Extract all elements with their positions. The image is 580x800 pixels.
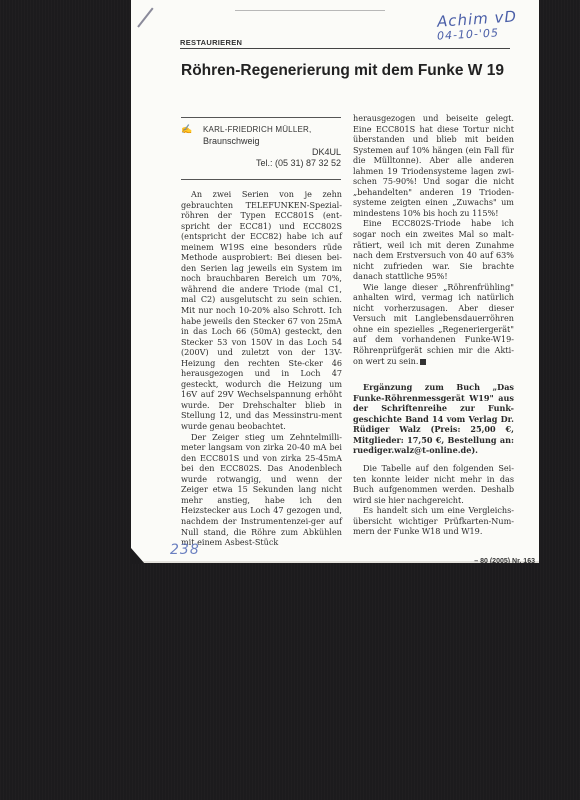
paragraph: Eine ECC802S-Triode habe ich sogar noch … [353,218,514,281]
paragraph: An zwei Serien von je zehn gebrauchten T… [181,189,342,432]
handwritten-page-number: 238 [170,542,200,558]
author-name: KARL-FRIEDRICH MÜLLER, [203,125,311,134]
paragraph: Der Zeiger stieg um Zehntelmilli-meter l… [181,432,342,548]
paragraph: Wie lange dieser „Röhrenfrühling" anhalt… [353,282,514,366]
paragraph: Es handelt sich um eine Vergleichs-übers… [353,505,514,537]
article-column-left: An zwei Serien von je zehn gebrauchten T… [181,189,342,548]
pen-writing-icon: ✍ [181,124,192,135]
section-label: RESTAURIEREN [180,38,242,47]
end-of-article-mark [420,359,426,365]
article-title: Röhren-Regenerierung mit dem Funke W 19 [181,62,504,80]
author-box: ✍ KARL-FRIEDRICH MÜLLER, Braunschweig DK… [181,117,341,180]
table-note: Die Tabelle auf den folgenden Sei-ten ko… [353,463,514,537]
book-supplement-note: Ergänzung zum Buch „Das Funke-Röhrenmess… [353,382,514,456]
paragraph-text: Wie lange dieser „Röhrenfrühling" anhalt… [353,282,514,366]
paragraph: herausgezogen und beiseite gelegt. Eine … [353,113,514,218]
author-city: Braunschweig [203,136,260,146]
author-phone: Tel.: (05 31) 87 32 52 [256,158,341,168]
author-callsign: DK4UL [312,147,341,157]
article-column-right: herausgezogen und beiseite gelegt. Eine … [353,113,514,366]
section-divider [180,48,510,49]
top-scan-line [235,10,385,11]
page-footer: – 80 (2005) Nr. 163 [400,555,535,563]
paragraph: Die Tabelle auf den folgenden Sei-ten ko… [353,463,514,505]
